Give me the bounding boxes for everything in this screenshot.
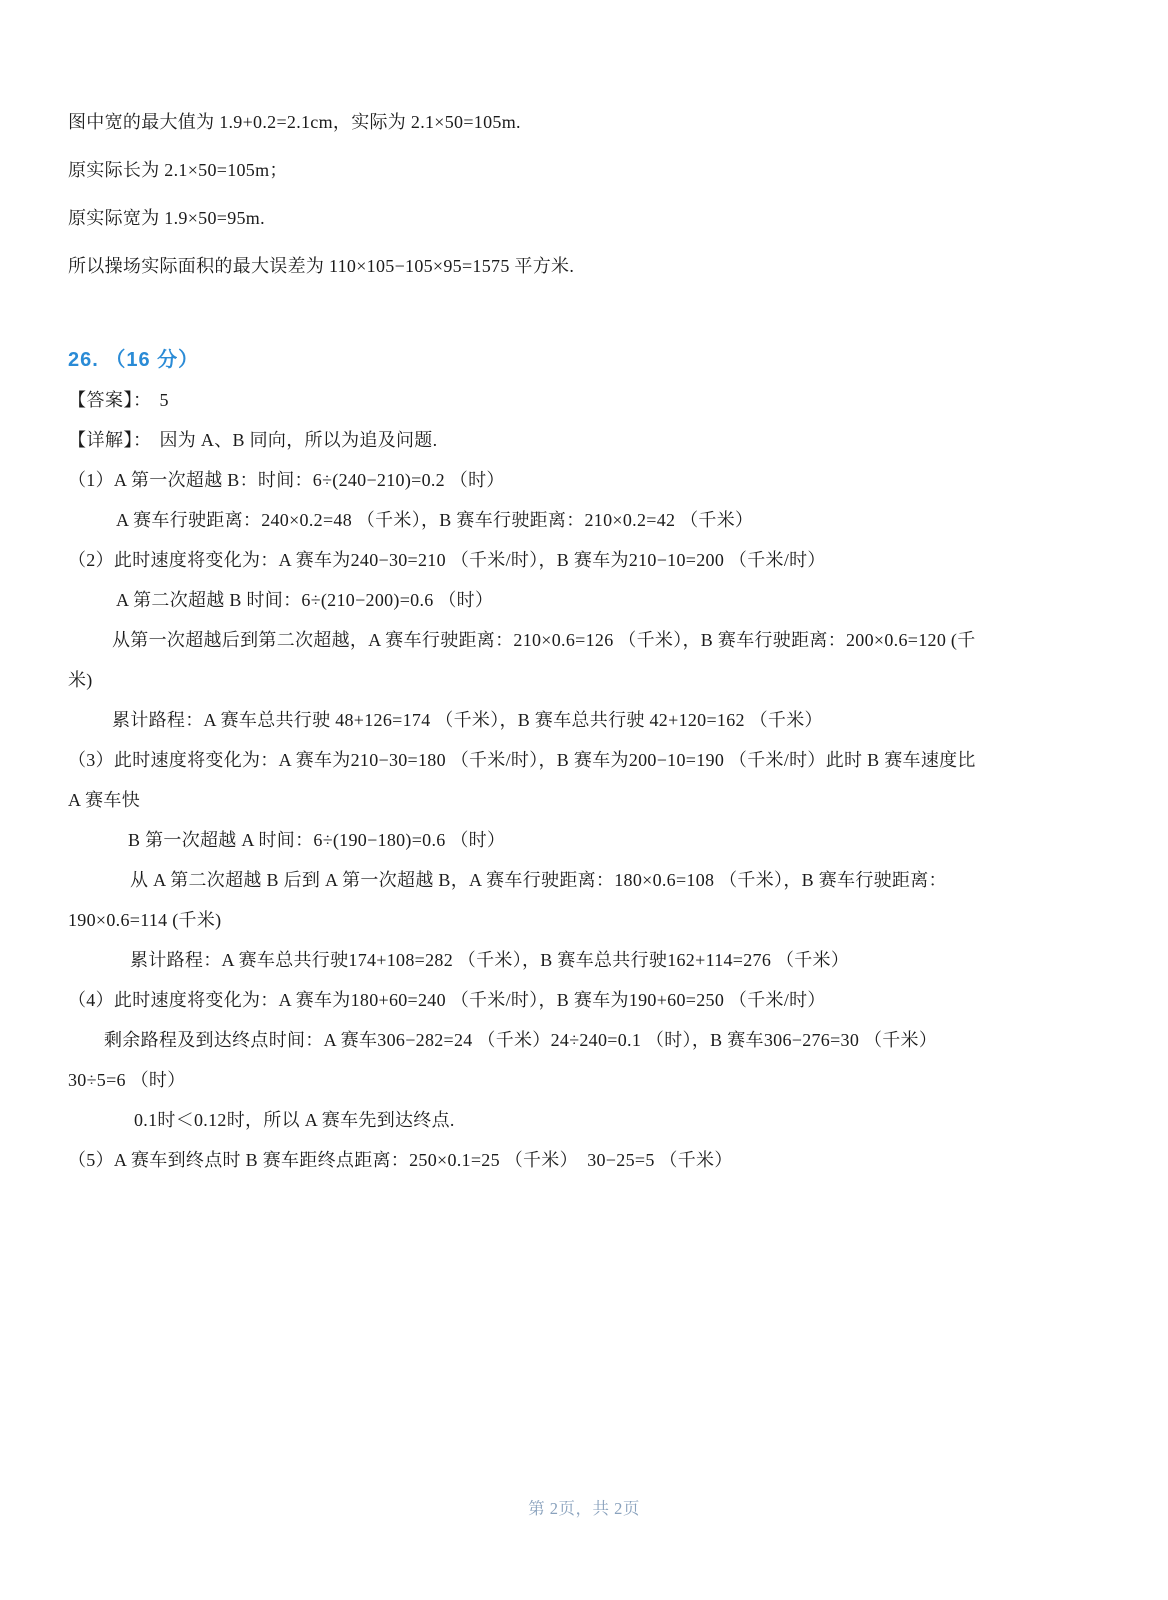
intro-line-1: 图中宽的最大值为 1.9+0.2=2.1cm，实际为 2.1×50=105m. [68, 98, 1102, 146]
solution-line: 30÷5=6 （时） [68, 1060, 1102, 1100]
intro-line-3: 原实际宽为 1.9×50=95m. [68, 194, 1102, 242]
question-number-heading: 26. （16 分） [68, 340, 1102, 380]
intro-line-4: 所以操场实际面积的最大误差为 110×105−105×95=1575 平方米. [68, 242, 1102, 290]
answer-label: 【答案】： [68, 390, 152, 410]
page-footer: 第 2页，共 2页 [0, 1496, 1168, 1522]
solution-line: （1）A 第一次超越 B：时间：6÷(240−210)=0.2 （时） [68, 460, 1102, 500]
explain-text: 因为 A、B 同向，所以为追及问题. [160, 430, 438, 450]
solution-line: A 赛车行驶距离：240×0.2=48 （千米），B 赛车行驶距离：210×0.… [68, 500, 1102, 540]
answer-value: 5 [160, 390, 169, 410]
solution-line: A 赛车快 [68, 780, 1102, 820]
solution-line: B 第一次超越 A 时间：6÷(190−180)=0.6 （时） [68, 820, 1102, 860]
solution-line: （4）此时速度将变化为：A 赛车为180+60=240 （千米/时），B 赛车为… [68, 980, 1102, 1020]
solution-line: （2）此时速度将变化为：A 赛车为240−30=210 （千米/时），B 赛车为… [68, 540, 1102, 580]
solution-line: 累计路程：A 赛车总共行驶 48+126=174 （千米），B 赛车总共行驶 4… [68, 700, 1102, 740]
answer-line: 【答案】：5 [68, 380, 1102, 420]
solution-line: 从第一次超越后到第二次超越，A 赛车行驶距离：210×0.6=126 （千米），… [68, 620, 1102, 660]
document-page: 图中宽的最大值为 1.9+0.2=2.1cm，实际为 2.1×50=105m. … [0, 0, 1168, 1600]
solution-line: 190×0.6=114 (千米) [68, 900, 1102, 940]
intro-section: 图中宽的最大值为 1.9+0.2=2.1cm，实际为 2.1×50=105m. … [68, 98, 1102, 290]
solution-line: （5）A 赛车到终点时 B 赛车距终点距离：250×0.1=25 （千米） 30… [68, 1140, 1102, 1180]
explain-line: 【详解】：因为 A、B 同向，所以为追及问题. [68, 420, 1102, 460]
solution-line: A 第二次超越 B 时间：6÷(210−200)=0.6 （时） [68, 580, 1102, 620]
solution-section: 【答案】：5 【详解】：因为 A、B 同向，所以为追及问题. （1）A 第一次超… [68, 380, 1102, 1180]
intro-line-2: 原实际长为 2.1×50=105m； [68, 146, 1102, 194]
explain-label: 【详解】： [68, 430, 152, 450]
solution-line: （3）此时速度将变化为：A 赛车为210−30=180 （千米/时），B 赛车为… [68, 740, 1102, 780]
solution-line: 0.1时＜0.12时，所以 A 赛车先到达终点. [68, 1100, 1102, 1140]
solution-line: 剩余路程及到达终点时间：A 赛车306−282=24 （千米）24÷240=0.… [68, 1020, 1102, 1060]
solution-line: 从 A 第二次超越 B 后到 A 第一次超越 B，A 赛车行驶距离：180×0.… [68, 860, 1102, 900]
solution-line: 累计路程：A 赛车总共行驶174+108=282 （千米），B 赛车总共行驶16… [68, 940, 1102, 980]
solution-line: 米) [68, 660, 1102, 700]
